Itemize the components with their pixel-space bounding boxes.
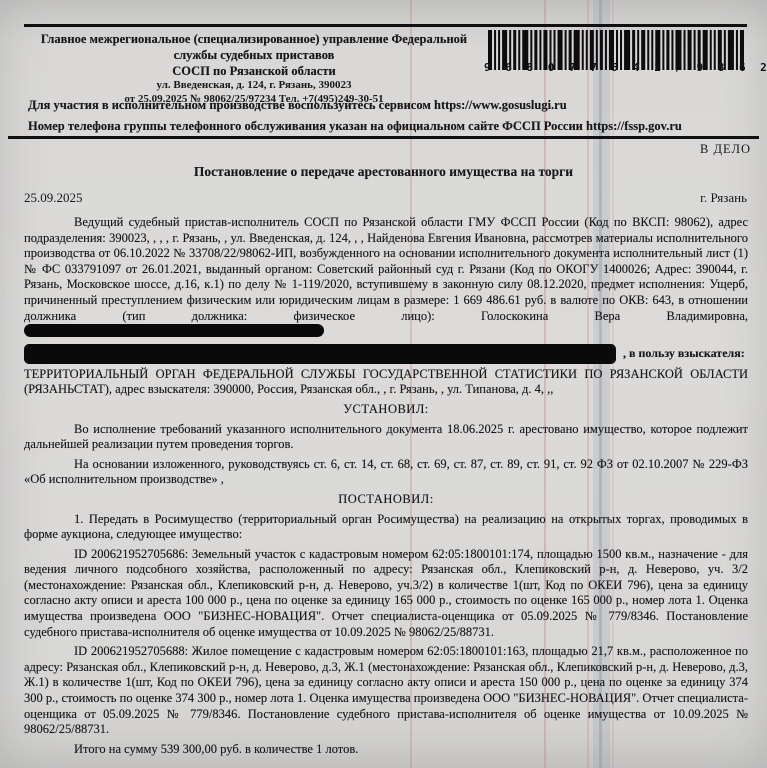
order-paragraph: 1. Передать в Росимущество (территориаль… [24,512,748,543]
redaction-row: , в пользу взыскателя: [24,344,748,364]
total-amount-line: Итого на сумму 539 300,00 руб. в количес… [24,742,748,758]
date-place-row: 25.09.2025 г. Рязань [24,190,747,206]
document-body: Ведущий судебный пристав-исполнитель СОС… [24,215,748,761]
letterhead: Главное межрегиональное (специализирован… [26,31,482,106]
lot2-paragraph: ID 200621952705688: Жилое помещение с ка… [24,644,748,738]
document-city: г. Рязань [700,190,747,206]
claimant-paragraph: ТЕРРИТОРИАЛЬНЫЙ ОРГАН ФЕДЕРАЛЬНОЙ СЛУЖБЫ… [24,367,748,398]
findings-paragraph: Во исполнение требований указанного испо… [24,422,748,453]
barcode: 9 6 8 0 7 7 5 4 1 / 9 8 6 2 [484,30,748,74]
after-redaction-text: , в пользу взыскателя: [623,346,745,362]
document-title: Постановление о передаче арестованного и… [0,164,767,180]
legal-basis-paragraph: На основании изложенного, руководствуясь… [24,457,748,488]
phone-service-notice: Номер телефона группы телефонного обслуж… [28,119,753,134]
redaction-bar [24,324,324,337]
preamble-text: Ведущий судебный пристав-исполнитель СОС… [24,215,748,323]
postanovil-heading: ПОСТАНОВИЛ: [24,492,748,508]
org-name-line: СОСП по Рязанской области [26,63,482,79]
header-divider [8,136,759,139]
v-delo-stamp: В ДЕЛО [700,142,751,157]
ustanovil-heading: УСТАНОВИЛ: [24,402,748,418]
document-date: 25.09.2025 [24,190,83,206]
org-address: ул. Введенская, д. 124, г. Рязань, 39002… [26,79,482,93]
org-name-line: службы судебных приставов [26,47,482,63]
gosuslugi-notice: Для участия в исполнительном производств… [28,98,753,113]
barcode-digits: 9 6 8 0 7 7 5 4 1 / 9 8 6 2 [484,61,748,74]
redaction-bar [24,344,616,364]
lot1-paragraph: ID 200621952705686: Земельный участок с … [24,547,748,641]
scanned-document-page: Главное межрегиональное (специализирован… [0,0,767,768]
org-name-line: Главное межрегиональное (специализирован… [26,31,482,47]
top-divider [24,24,747,27]
preamble-paragraph: Ведущий судебный пристав-исполнитель СОС… [24,215,748,340]
